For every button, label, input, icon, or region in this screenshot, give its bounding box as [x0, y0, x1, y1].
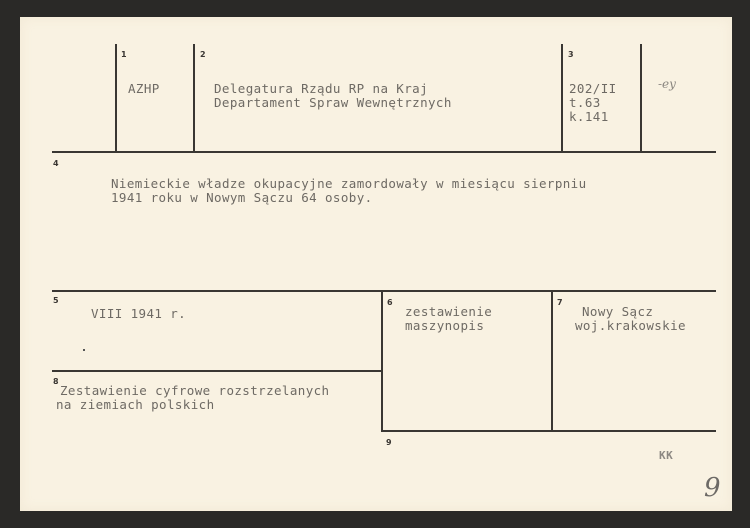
field-2-number: 2: [200, 50, 206, 59]
field-3-line-1: 202/II: [569, 82, 617, 96]
field-9-number: 9: [386, 438, 392, 447]
handwritten-page-number: 9: [704, 473, 721, 503]
catalog-card: 1 AZHP 2 Delegatura Rządu RP na Kraj Dep…: [20, 17, 732, 511]
field-1-archive: AZHP: [128, 82, 160, 96]
field-6-line-1: zestawienie: [405, 305, 492, 319]
field-4-number: 4: [53, 159, 59, 168]
divider-f6-f7: [551, 290, 553, 432]
field-6-number: 6: [387, 298, 393, 307]
field-8-line-2: na ziemiach polskich: [56, 398, 215, 412]
handwritten-note: -ey: [658, 77, 676, 91]
divider-f5-f6: [381, 290, 383, 432]
field-3-line-2: t.63: [569, 96, 601, 110]
scan-frame: 1 AZHP 2 Delegatura Rządu RP na Kraj Dep…: [0, 0, 750, 528]
rule-lower-block-top: [52, 290, 716, 292]
field-5-date: VIII 1941 r.: [91, 307, 186, 321]
divider-f1-left: [115, 44, 117, 153]
field-8-number: 8: [53, 377, 59, 386]
field-5-number: 5: [53, 296, 59, 305]
field-8-line-1: Zestawienie cyfrowe rozstrzelanych: [60, 384, 329, 398]
rule-field-5-8: [52, 370, 382, 372]
field-7-line-1: Nowy Sącz: [582, 305, 653, 319]
field-1-number: 1: [121, 50, 127, 59]
rule-top-block: [52, 151, 716, 153]
divider-f2-f3: [561, 44, 563, 153]
field-2-line-1: Delegatura Rządu RP na Kraj: [214, 82, 428, 96]
field-6-line-2: maszynopis: [405, 319, 484, 333]
field-2-line-2: Departament Spraw Wewnętrznych: [214, 96, 452, 110]
field-4-line-1: Niemieckie władze okupacyjne zamordowały…: [111, 177, 587, 191]
field-7-line-2: woj.krakowskie: [575, 319, 686, 333]
ink-dot: [83, 349, 85, 351]
divider-f1-f2: [193, 44, 195, 153]
field-3-number: 3: [568, 50, 574, 59]
field-4-line-2: 1941 roku w Nowym Sączu 64 osoby.: [111, 191, 373, 205]
field-7-number: 7: [557, 298, 563, 307]
divider-f3-right: [640, 44, 642, 153]
rule-lower-block-bottom: [382, 430, 716, 432]
stamp-initials: KK: [659, 449, 673, 462]
field-3-line-3: k.141: [569, 110, 609, 124]
